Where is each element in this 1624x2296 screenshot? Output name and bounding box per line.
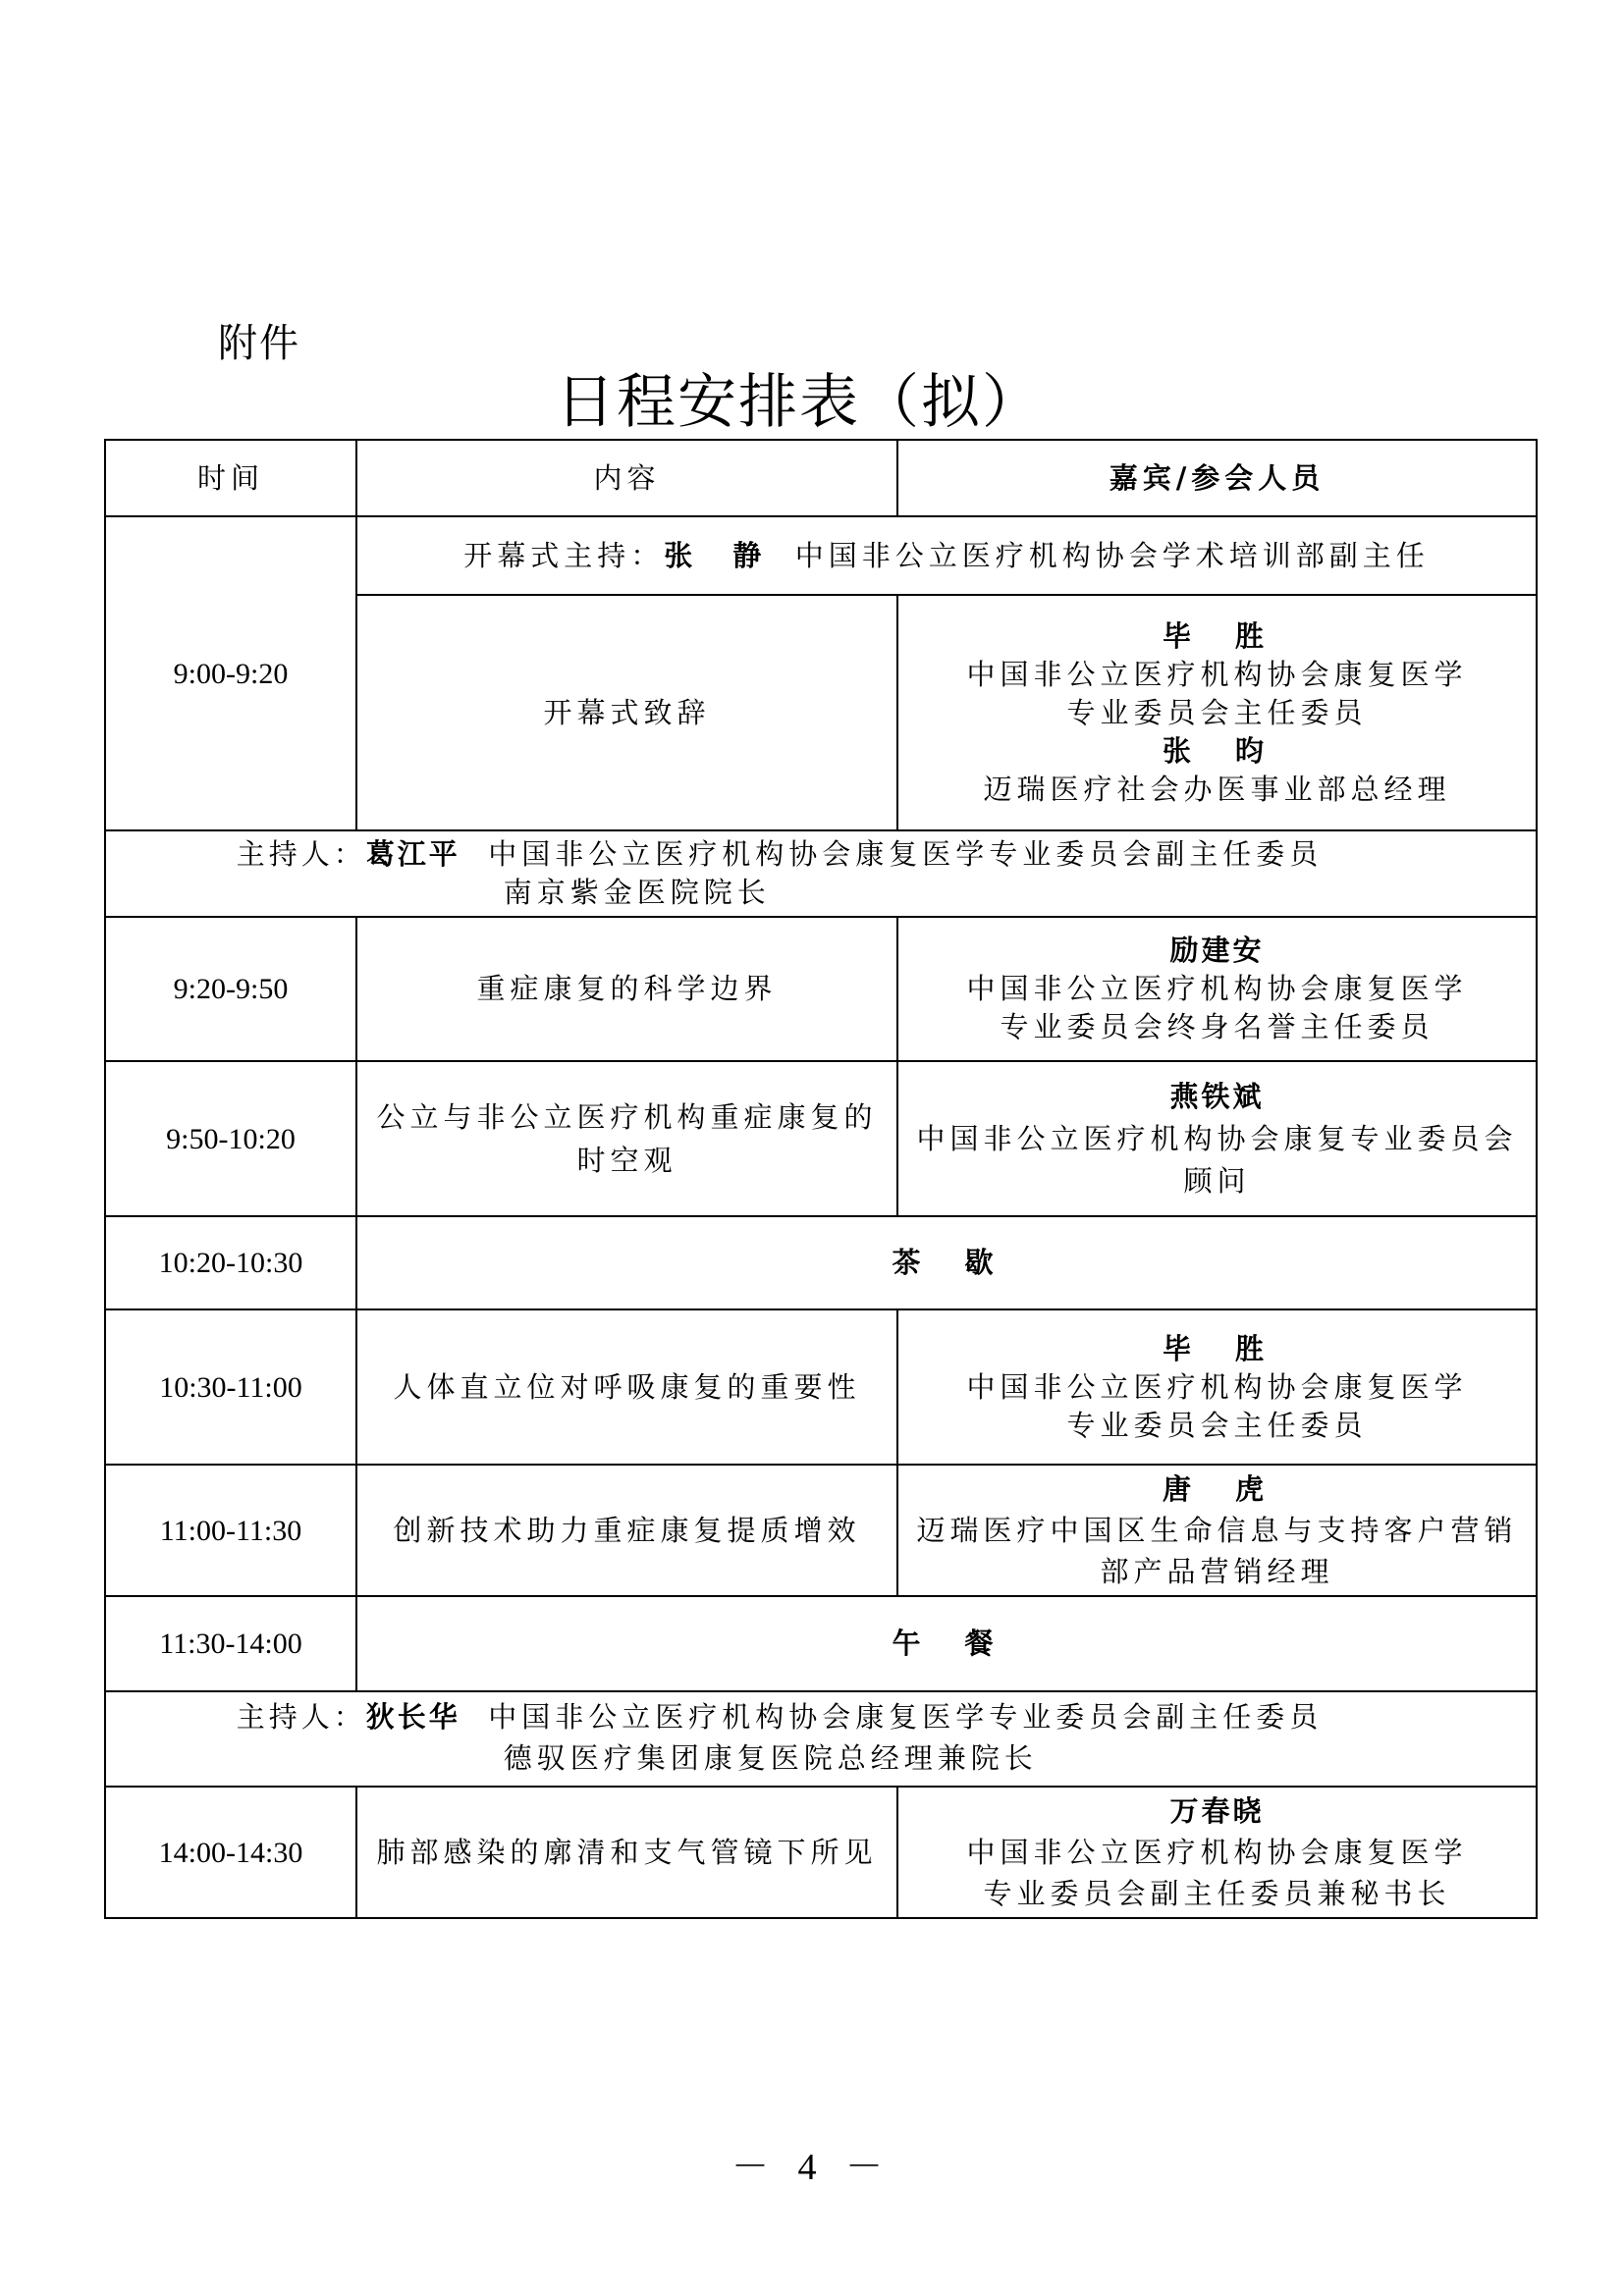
time-cell: 10:20-10:30 xyxy=(105,1216,356,1309)
lunch-cell: 午 餐 xyxy=(356,1596,1537,1691)
guest-name: 万春晓 xyxy=(898,1790,1536,1832)
guest-title-line: 专业委员会终身名誉主任委员 xyxy=(898,1008,1536,1046)
table-row-session: 14:00-14:30 肺部感染的廓清和支气管镜下所见 万春晓 中国非公立医疗机… xyxy=(105,1787,1537,1918)
time-cell: 9:20-9:50 xyxy=(105,917,356,1061)
host-name: 狄长华 xyxy=(366,1700,460,1734)
table-row-host: 主持人：狄长华 中国非公立医疗机构协会康复医学专业委员会副主任委员 德驭医疗集团… xyxy=(105,1691,1537,1787)
time-cell: 9:00-9:20 xyxy=(105,516,356,830)
host-cell: 主持人：狄长华 中国非公立医疗机构协会康复医学专业委员会副主任委员 德驭医疗集团… xyxy=(105,1691,1537,1787)
guest-name: 燕铁斌 xyxy=(898,1076,1536,1118)
guest-name: 励建安 xyxy=(898,932,1536,970)
guest-title-line: 中国非公立医疗机构协会康复医学 xyxy=(898,1368,1536,1407)
time-cell: 10:30-11:00 xyxy=(105,1309,356,1465)
content-cell: 人体直立位对呼吸康复的重要性 xyxy=(356,1309,897,1465)
time-cell: 9:50-10:20 xyxy=(105,1061,356,1216)
table-row-break: 11:30-14:00 午 餐 xyxy=(105,1596,1537,1691)
guest-cell: 励建安 中国非公立医疗机构协会康复医学 专业委员会终身名誉主任委员 xyxy=(897,917,1537,1061)
header-content: 内容 xyxy=(356,440,897,516)
host-title-line: 中国非公立医疗机构协会康复医学专业委员会副主任委员 xyxy=(488,1700,1323,1734)
guest-cell: 万春晓 中国非公立医疗机构协会康复医学 专业委员会副主任委员兼秘书长 xyxy=(897,1787,1537,1918)
guest-title-line: 专业委员会副主任委员兼秘书长 xyxy=(898,1873,1536,1914)
host-label: 主持人： xyxy=(237,1700,366,1734)
table-header-row: 时间 内容 嘉宾/参会人员 xyxy=(105,440,1537,516)
guest-title-line: 中国非公立医疗机构协会康复医学 xyxy=(898,656,1536,694)
time-cell: 14:00-14:30 xyxy=(105,1787,356,1918)
guest-cell: 毕 胜 中国非公立医疗机构协会康复医学 专业委员会主任委员 xyxy=(897,1309,1537,1465)
table-row-session: 10:30-11:00 人体直立位对呼吸康复的重要性 毕 胜 中国非公立医疗机构… xyxy=(105,1309,1537,1465)
table-row-opening-host: 9:00-9:20 开幕式主持：张 静 中国非公立医疗机构协会学术培训部副主任 xyxy=(105,516,1537,595)
title-text: 日程安排表（拟） xyxy=(556,368,1043,437)
schedule-table: 时间 内容 嘉宾/参会人员 9:00-9:20 开幕式主持：张 静 中国非公立医… xyxy=(104,439,1538,1919)
content-cell: 重症康复的科学边界 xyxy=(356,917,897,1061)
content-cell: 肺部感染的廓清和支气管镜下所见 xyxy=(356,1787,897,1918)
guest-title-line: 迈瑞医疗中国区生命信息与支持客户营销 xyxy=(898,1510,1536,1551)
content-line: 时空观 xyxy=(357,1139,896,1182)
guest-title-line: 中国非公立医疗机构协会康复医学 xyxy=(898,970,1536,1008)
guest-name: 毕 胜 xyxy=(898,617,1536,656)
guest-title-line: 专业委员会主任委员 xyxy=(898,1407,1536,1445)
table-row-session: 9:50-10:20 公立与非公立医疗机构重症康复的 时空观 燕铁斌 中国非公立… xyxy=(105,1061,1537,1216)
attachment-label: 附件 xyxy=(218,312,300,368)
table-row-break: 10:20-10:30 茶 歇 xyxy=(105,1216,1537,1309)
content-cell: 开幕式致辞 xyxy=(356,595,897,830)
host-title-line: 德驭医疗集团康复医院总经理兼院长 xyxy=(237,1736,1323,1780)
opening-host-cell: 开幕式主持：张 静 中国非公立医疗机构协会学术培训部副主任 xyxy=(356,516,1537,595)
guest-title-line: 专业委员会主任委员 xyxy=(898,694,1536,732)
guest-cell: 燕铁斌 中国非公立医疗机构协会康复专业委员会 顾问 xyxy=(897,1061,1537,1216)
table-row-host: 主持人：葛江平 中国非公立医疗机构协会康复医学专业委员会副主任委员 南京紫金医院… xyxy=(105,830,1537,917)
host-label: 主持人： xyxy=(237,837,366,871)
content-cell: 创新技术助力重症康复提质增效 xyxy=(356,1465,897,1596)
guest-title-line: 迈瑞医疗社会办医事业部总经理 xyxy=(898,771,1536,809)
guest-name: 张 昀 xyxy=(898,732,1536,771)
table-row-session: 9:20-9:50 重症康复的科学边界 励建安 中国非公立医疗机构协会康复医学 … xyxy=(105,917,1537,1061)
page-title: 日程安排表（拟） xyxy=(0,367,1624,438)
header-guests: 嘉宾/参会人员 xyxy=(897,440,1537,516)
guest-title-line: 部产品营销经理 xyxy=(898,1551,1536,1592)
content-line: 公立与非公立医疗机构重症康复的 xyxy=(357,1095,896,1139)
host-cell: 主持人：葛江平 中国非公立医疗机构协会康复医学专业委员会副主任委员 南京紫金医院… xyxy=(105,830,1537,917)
guest-title-line: 中国非公立医疗机构协会康复专业委员会 xyxy=(898,1118,1536,1160)
time-cell: 11:00-11:30 xyxy=(105,1465,356,1596)
table-row-session: 11:00-11:30 创新技术助力重症康复提质增效 唐 虎 迈瑞医疗中国区生命… xyxy=(105,1465,1537,1596)
guest-cell: 唐 虎 迈瑞医疗中国区生命信息与支持客户营销 部产品营销经理 xyxy=(897,1465,1537,1596)
time-cell: 11:30-14:00 xyxy=(105,1596,356,1691)
guest-cell: 毕 胜 中国非公立医疗机构协会康复医学 专业委员会主任委员 张 昀 迈瑞医疗社会… xyxy=(897,595,1537,830)
host-name: 葛江平 xyxy=(366,837,460,871)
page-number: － 4 － xyxy=(0,2136,1624,2190)
opening-host-title: 中国非公立医疗机构协会学术培训部副主任 xyxy=(795,539,1430,572)
content-cell: 公立与非公立医疗机构重症康复的 时空观 xyxy=(356,1061,897,1216)
host-title-line: 南京紫金医院院长 xyxy=(237,874,1323,912)
guest-title-line: 顾问 xyxy=(898,1160,1536,1202)
header-time: 时间 xyxy=(105,440,356,516)
host-title-line: 中国非公立医疗机构协会康复医学专业委员会副主任委员 xyxy=(488,837,1323,871)
opening-host-name: 张 静 xyxy=(664,539,767,572)
tea-break-cell: 茶 歇 xyxy=(356,1216,1537,1309)
guest-name: 毕 胜 xyxy=(898,1330,1536,1368)
guest-name: 唐 虎 xyxy=(898,1468,1536,1510)
guest-title-line: 中国非公立医疗机构协会康复医学 xyxy=(898,1832,1536,1873)
opening-host-prefix: 开幕式主持： xyxy=(463,539,664,572)
